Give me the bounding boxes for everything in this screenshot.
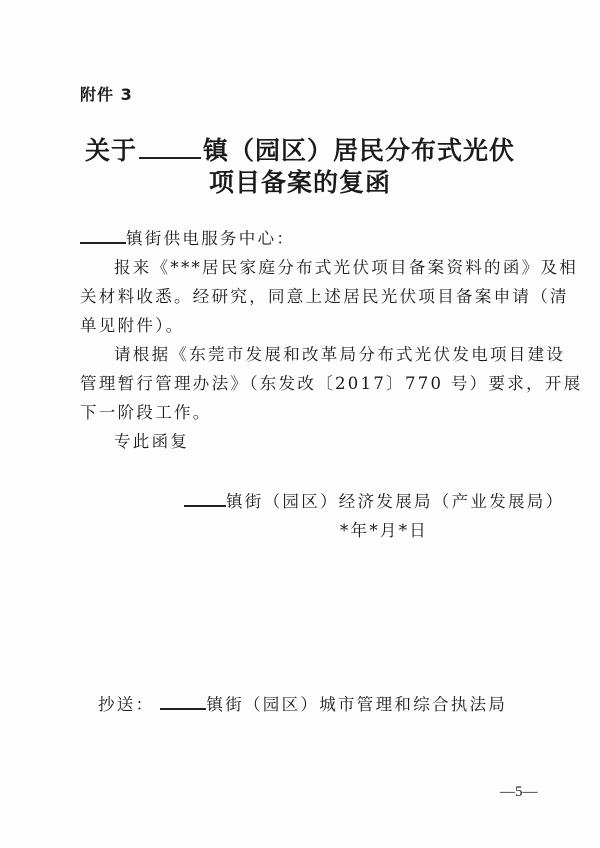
cc-blank (160, 707, 206, 710)
town-name-blank (139, 156, 201, 159)
paragraph-1-line-3: 单见附件）。 (80, 315, 520, 337)
closing-line: 专此函复 (114, 431, 520, 453)
paragraph-2-line-1: 请根据《东莞市发展和改革局分布式光伏发电项目建设 (114, 344, 520, 366)
page-number: —5— (500, 784, 538, 801)
document-title-line-2: 项目备案的复函 (0, 166, 600, 199)
issuer-blank (184, 504, 226, 507)
document-page: 附件 3 关于镇（园区）居民分布式光伏 项目备案的复函 镇街供电服务中心： 报来… (0, 0, 600, 848)
cc-recipient: 镇街（园区）城市管理和综合执法局 (206, 695, 507, 714)
signature-issuer: 镇街（园区）经济发展局（产业发展局） (226, 492, 564, 511)
paragraph-2-line-2: 管理暂行管理办法》（东发改〔2017〕770 号）要求，开展 (80, 373, 520, 395)
addressee-blank (80, 241, 126, 244)
signature-issuer-line: 镇街（园区）经济发展局（产业发展局） (184, 491, 564, 513)
cc-label: 抄送： (98, 695, 154, 714)
title-prefix: 关于 (85, 136, 137, 165)
document-title-line-1: 关于镇（园区）居民分布式光伏 (0, 134, 600, 167)
paragraph-1-line-1: 报来《***居民家庭分布式光伏项目备案资料的函》及相 (114, 257, 520, 279)
signature-date: *年*月*日 (340, 520, 428, 542)
title-suffix: 镇（园区）居民分布式光伏 (203, 136, 515, 165)
paragraph-2-line-3: 下一阶段工作。 (80, 402, 520, 424)
attachment-label: 附件 3 (80, 82, 133, 105)
cc-line: 抄送：镇街（园区）城市管理和综合执法局 (98, 694, 507, 716)
addressee: 镇街供电服务中心： (126, 229, 295, 248)
paragraph-1-line-2: 关材料收悉。经研究，同意上述居民光伏项目备案申请（清 (80, 286, 520, 308)
addressee-line: 镇街供电服务中心： (80, 228, 520, 250)
